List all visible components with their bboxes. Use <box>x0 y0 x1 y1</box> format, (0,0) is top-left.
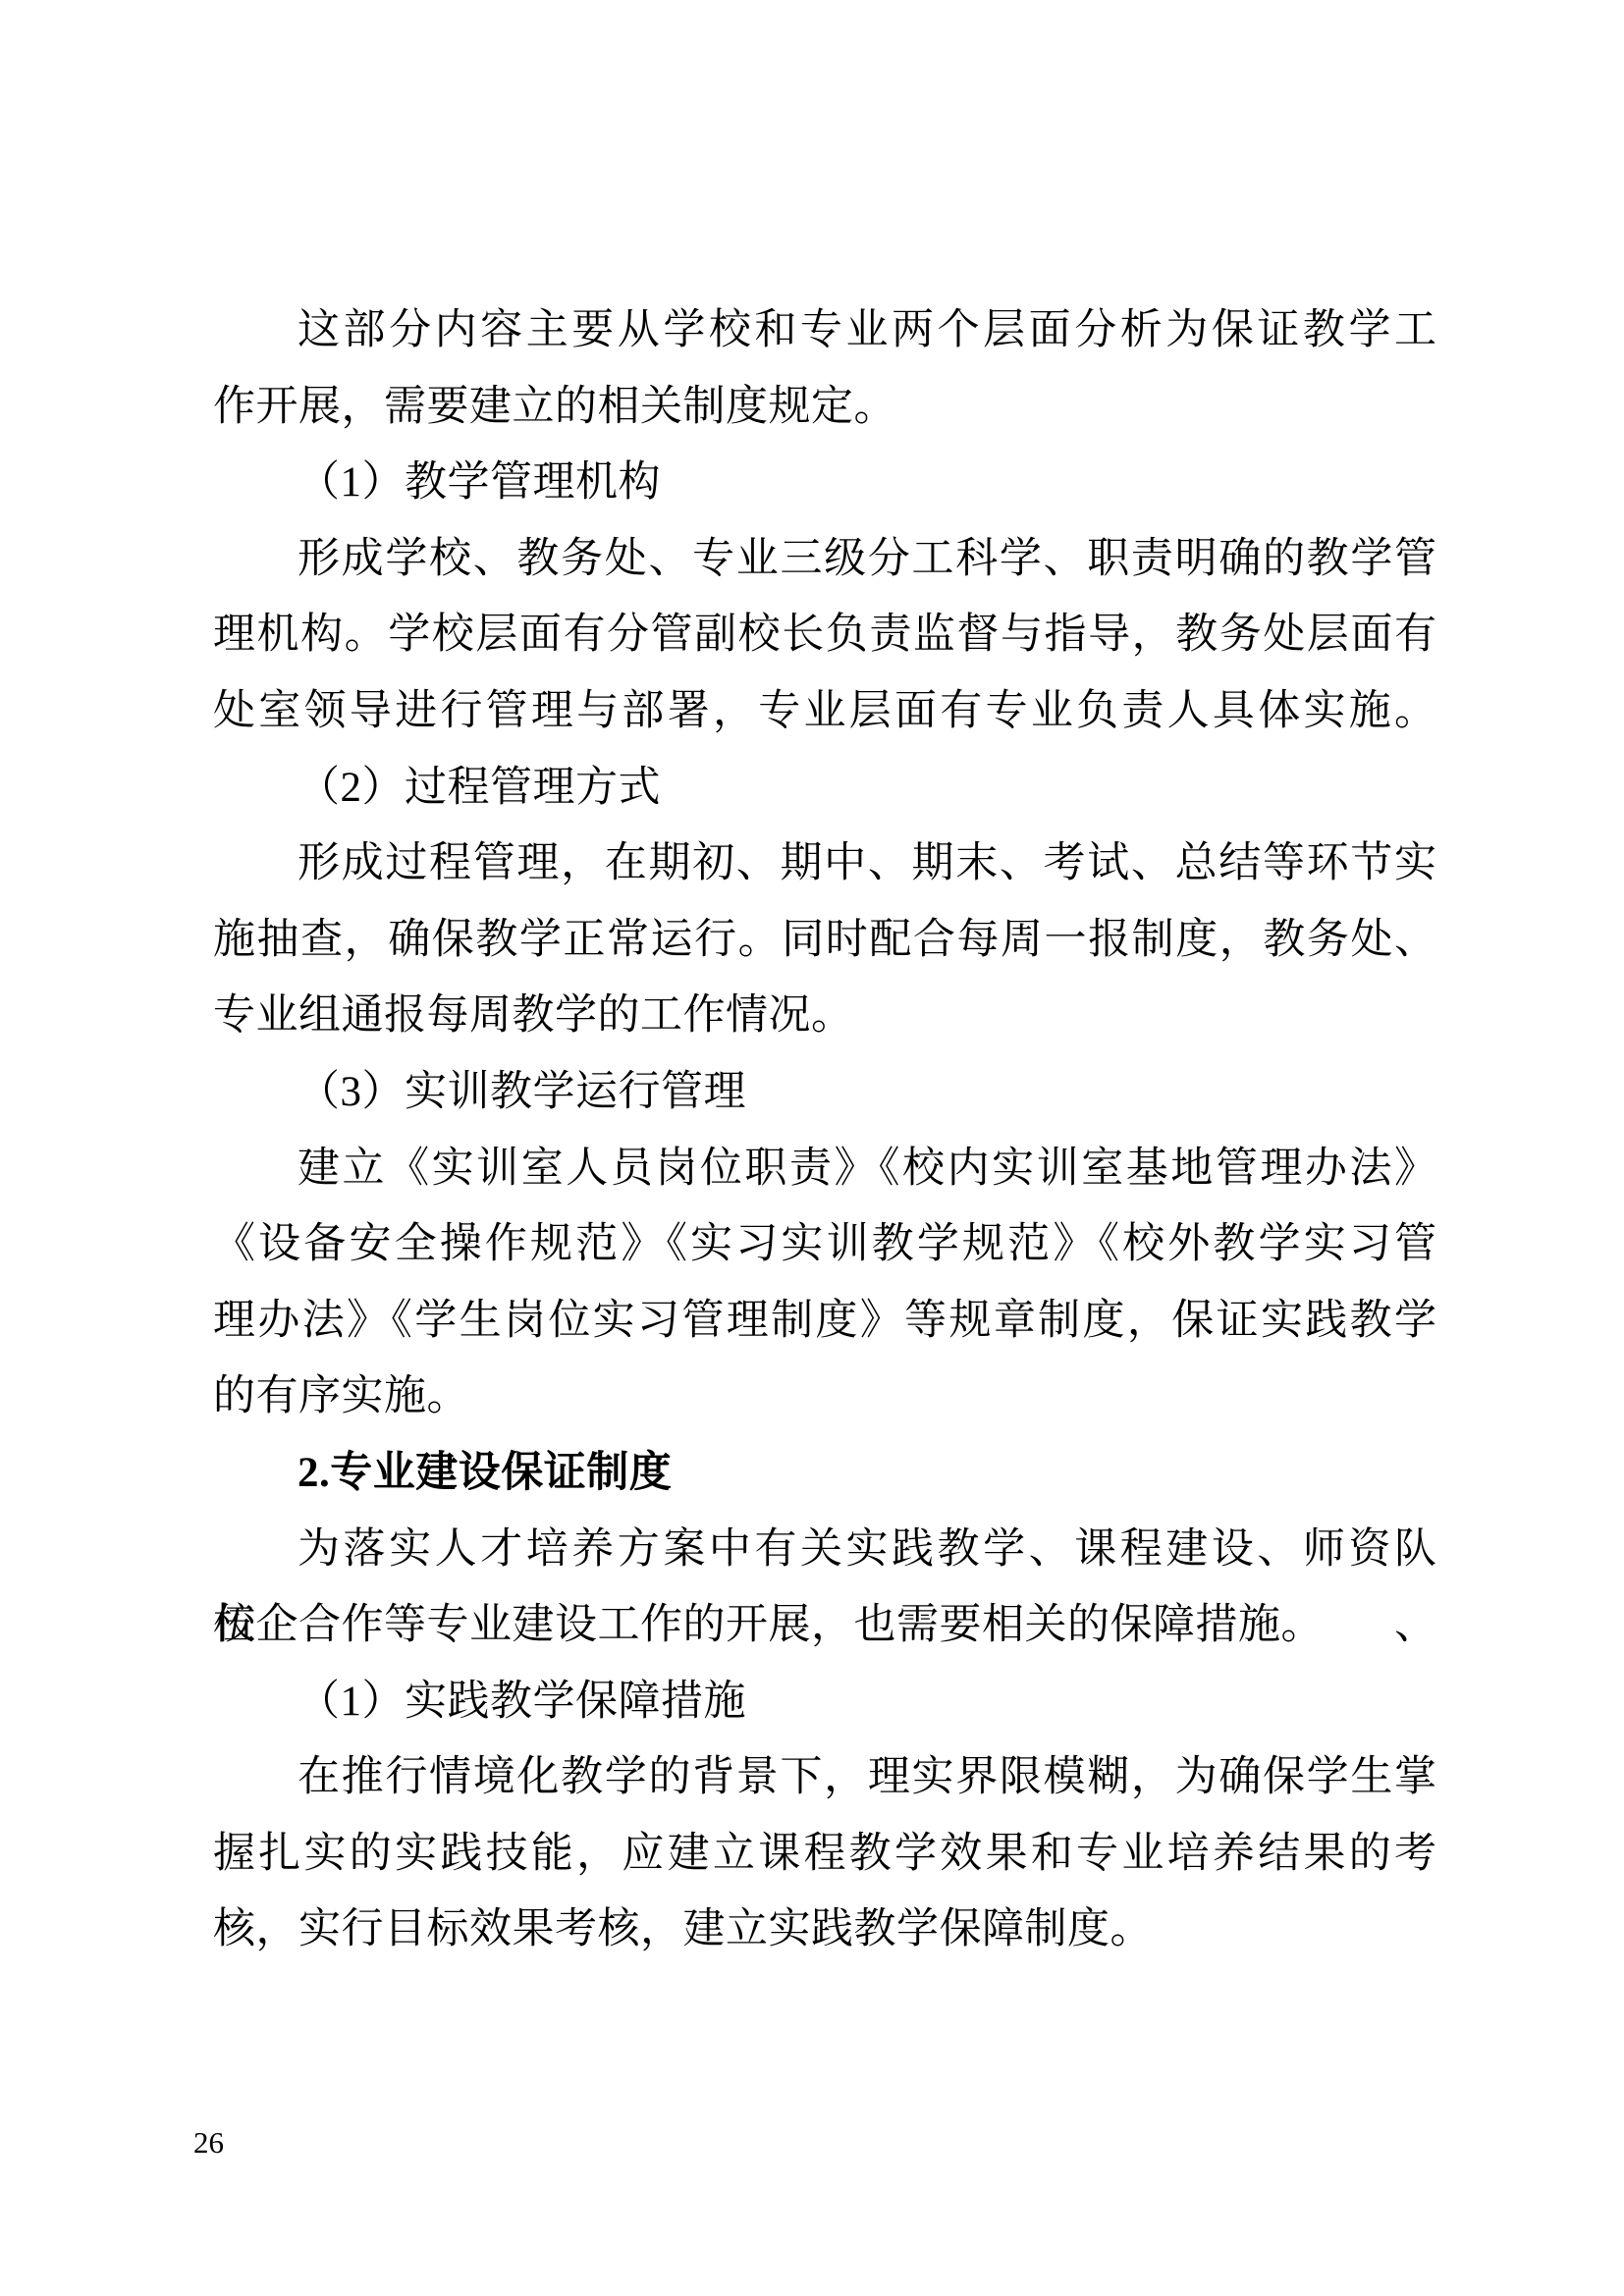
text-line: 形成学校、教务处、专业三级分工科学、职责明确的教学管 <box>213 521 1436 598</box>
section-heading: 2.专业建设保证制度 <box>213 1435 1436 1512</box>
text-line: 这部分内容主要从学校和专业两个层面分析为保证教学工 <box>213 293 1436 369</box>
text-line: 《设备安全操作规范》《实习实训教学规范》《校外教学实习管 <box>213 1206 1436 1283</box>
text-line: 专业组通报每周教学的工作情况。 <box>213 978 1436 1054</box>
page-number: 26 <box>193 2123 224 2163</box>
text-line: 的有序实施。 <box>213 1359 1436 1435</box>
text-line: 为落实人才培养方案中有关实践教学、课程建设、师资队伍、 <box>213 1512 1436 1588</box>
text-line: 施抽查，确保教学正常运行。同时配合每周一报制度，教务处、 <box>213 902 1436 979</box>
list-item-heading: （1）实践教学保障措施 <box>213 1664 1436 1740</box>
list-item-heading: （3）实训教学运行管理 <box>213 1054 1436 1131</box>
text-line: 处室领导进行管理与部署，专业层面有专业负责人具体实施。 <box>213 673 1436 750</box>
text-line: 作开展，需要建立的相关制度规定。 <box>213 369 1436 446</box>
document-page: 这部分内容主要从学校和专业两个层面分析为保证教学工 作开展，需要建立的相关制度规… <box>0 0 1624 2296</box>
text-line: 在推行情境化教学的背景下，理实界限模糊，为确保学生掌 <box>213 1739 1436 1816</box>
list-item-heading: （1）教学管理机构 <box>213 445 1436 521</box>
text-line: 理机构。学校层面有分管副校长负责监督与指导，教务处层面有 <box>213 597 1436 673</box>
document-body: 这部分内容主要从学校和专业两个层面分析为保证教学工 作开展，需要建立的相关制度规… <box>213 293 1436 1968</box>
text-line: 形成过程管理，在期初、期中、期末、考试、总结等环节实 <box>213 826 1436 902</box>
list-item-heading: （2）过程管理方式 <box>213 750 1436 827</box>
text-line: 理办法》《学生岗位实习管理制度》等规章制度，保证实践教学 <box>213 1283 1436 1360</box>
text-line: 核，实行目标效果考核，建立实践教学保障制度。 <box>213 1892 1436 1968</box>
text-line: 校企合作等专业建设工作的开展，也需要相关的保障措施。 <box>213 1587 1436 1664</box>
text-line: 握扎实的实践技能，应建立课程教学效果和专业培养结果的考 <box>213 1816 1436 1893</box>
text-line: 建立《实训室人员岗位职责》《校内实训室基地管理办法》 <box>213 1131 1436 1207</box>
